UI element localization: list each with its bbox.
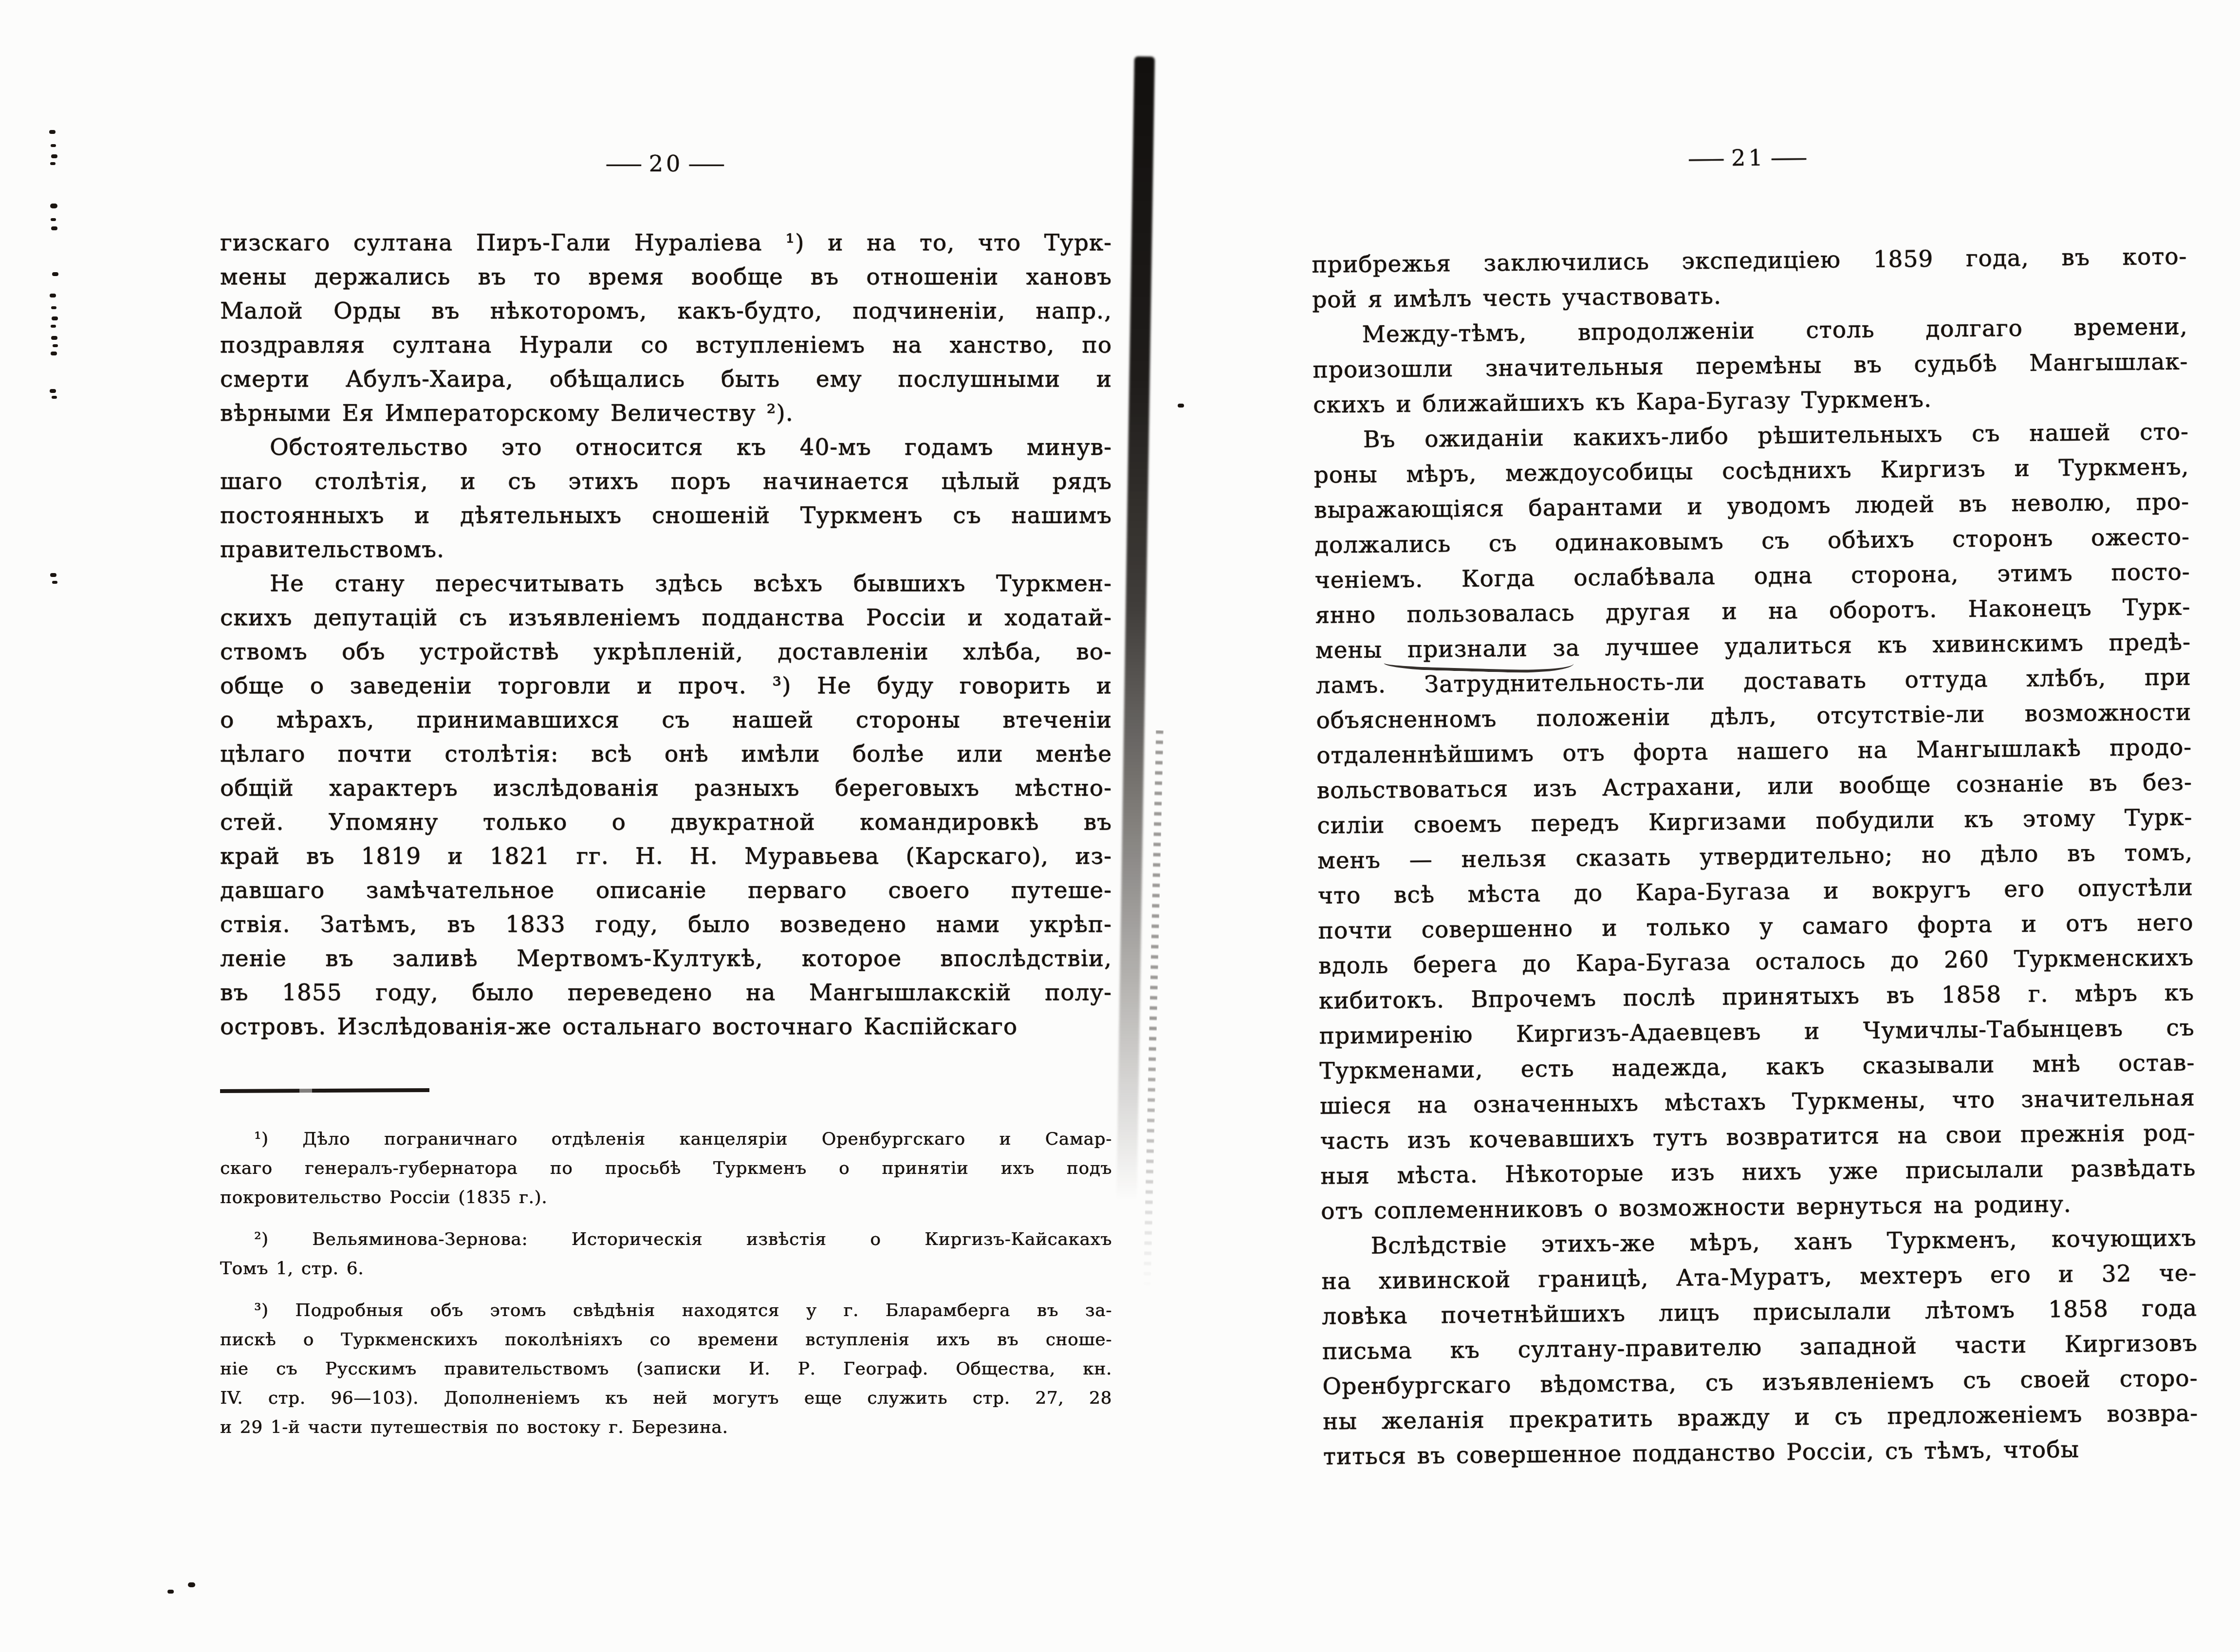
- text-line: давшаго замѣчательное описаніе перваго с…: [220, 873, 1112, 908]
- footnote-line: покровительство Россіи (1835 г.).: [220, 1183, 1112, 1212]
- page-20: —20— гизскаго султана Пиръ-Гали Нураліев…: [220, 150, 1112, 1442]
- page-20-footnotes: ¹) Дѣло пограничнаго отдѣленія канцелярі…: [220, 1125, 1112, 1442]
- text-line: стей. Упомяну только о двукратной команд…: [220, 805, 1112, 839]
- footnote-line: скаго генералъ-губернатора по просьбѣ Ту…: [220, 1154, 1112, 1183]
- page-21-header: —21—: [1311, 140, 2186, 175]
- page-21: —21— прибрежья заключились экспедиціею 1…: [1311, 140, 2199, 1474]
- text-line: островъ. Изслѣдованія-же остальнаго вост…: [220, 1010, 1112, 1044]
- text-line: гизскаго султана Пиръ-Гали Нураліева ¹) …: [220, 226, 1112, 260]
- text-line: край въ 1819 и 1821 гг. Н. Н. Муравьева …: [220, 839, 1112, 873]
- footnote-line: Томъ 1, стр. 6.: [220, 1254, 1112, 1283]
- text-line: скихъ депутацій съ изъявленіемъ подданст…: [220, 601, 1112, 635]
- header-dash-right: —: [1770, 144, 1810, 171]
- text-line: вѣрными Ея Императорскому Величеству ²).: [220, 396, 1112, 430]
- text-line: леніе въ заливѣ Мертвомъ-Култукѣ, которо…: [220, 942, 1112, 976]
- text-line: мены держались въ то время вообще въ отн…: [220, 260, 1112, 294]
- header-dash-left: —: [1687, 144, 1727, 172]
- binding-gutter-shadow-tail: [1143, 730, 1164, 1290]
- footnote-line: пискѣ о Туркменскихъ поколѣніяхъ со врем…: [220, 1325, 1112, 1355]
- footnote-separator-rule: [220, 1088, 429, 1093]
- header-dash-left: —: [605, 150, 645, 177]
- text-line: поздравляя султана Нурали со вступленіем…: [220, 328, 1112, 362]
- text-line: въ 1855 году, было переведено на Мангышл…: [220, 976, 1112, 1010]
- text-line: Не стану пересчитывать здѣсь всѣхъ бывши…: [220, 567, 1112, 601]
- book-scan: —20— гизскаго султана Пиръ-Гали Нураліев…: [0, 0, 2240, 1652]
- text-line: Малой Орды въ нѣкоторомъ, какъ-будто, по…: [220, 294, 1112, 328]
- text-line: общій характеръ изслѣдованія разныхъ бер…: [220, 771, 1112, 805]
- header-dash-right: —: [687, 150, 727, 177]
- footnote-line: ніе съ Русскимъ правительствомъ (записки…: [220, 1355, 1112, 1384]
- page-20-body: гизскаго султана Пиръ-Гали Нураліева ¹) …: [220, 226, 1112, 1044]
- scan-speck-noise: [0, 0, 5, 3]
- footnote-line: ³) Подробныя объ этомъ свѣдѣнія находятс…: [220, 1296, 1112, 1325]
- text-line: постоянныхъ и дѣятельныхъ сношеній Туркм…: [220, 499, 1112, 533]
- page-21-body: прибрежья заключились экспедиціею 1859 г…: [1312, 239, 2199, 1474]
- text-line: ствія. Затѣмъ, въ 1833 году, было возвед…: [220, 908, 1112, 942]
- text-line: правительствомъ.: [220, 533, 1112, 567]
- text-line: смерти Абулъ-Хаира, обѣщались быть ему п…: [220, 362, 1112, 396]
- footnote-line: IV. стр. 96—103). Дополненіемъ къ ней мо…: [220, 1384, 1112, 1413]
- page-number: 21: [1731, 145, 1766, 171]
- text-line: Обстоятельство это относится къ 40-мъ го…: [220, 430, 1112, 464]
- page-20-header: —20—: [220, 150, 1112, 177]
- text-line: цѣлаго почти столѣтія: всѣ онѣ имѣли бол…: [220, 737, 1112, 771]
- text-line: ствомъ объ устройствѣ укрѣпленій, достав…: [220, 635, 1112, 669]
- page-number: 20: [649, 150, 684, 177]
- footnote-line: ¹) Дѣло пограничнаго отдѣленія канцелярі…: [220, 1125, 1112, 1154]
- footnote-line: ²) Вельяминова-Зернова: Историческія изв…: [220, 1225, 1112, 1254]
- text-line: шаго столѣтія, и съ этихъ поръ начинаетс…: [220, 464, 1112, 499]
- text-line: о мѣрахъ, принимавшихся съ нашей стороны…: [220, 703, 1112, 737]
- text-line: обще о заведеніи торговли и проч. ³) Не …: [220, 669, 1112, 703]
- footnote-line: и 29 1-й части путешествія по востоку г.…: [220, 1413, 1112, 1442]
